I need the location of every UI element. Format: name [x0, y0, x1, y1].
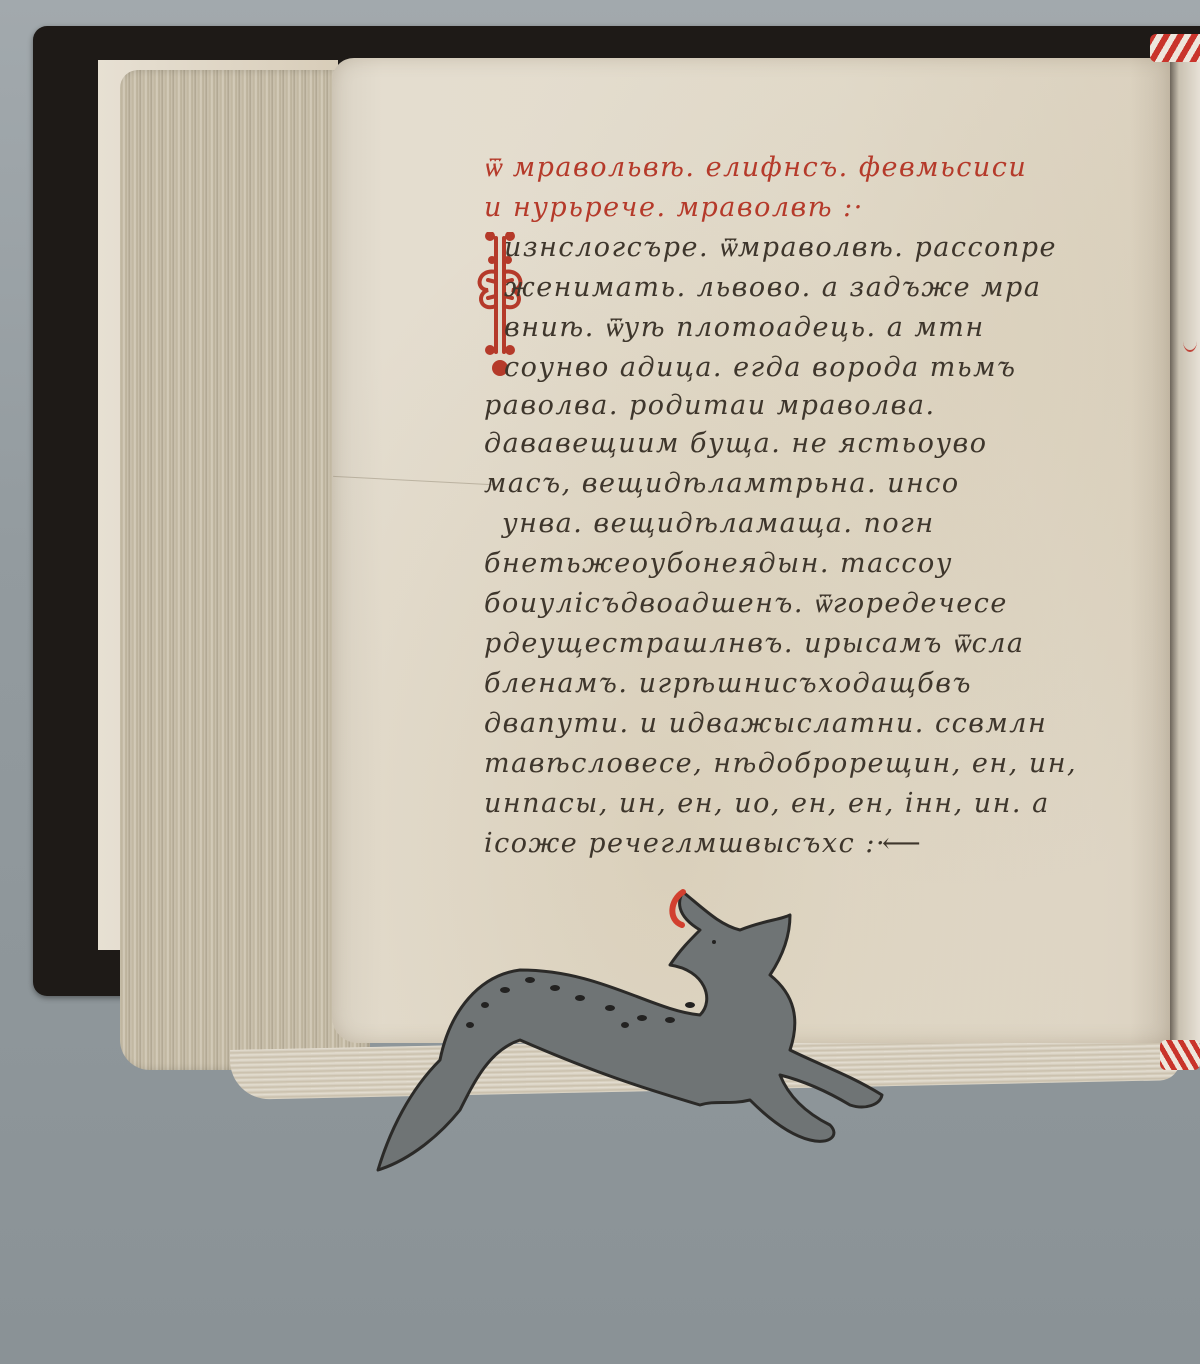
rubric-line: и нурьрече. мраволвѣ :·	[484, 192, 864, 223]
text-line: унва. вещидѣламаща. погн	[502, 508, 935, 539]
text-line: ісоже речеглмшвысъхс :·	[484, 828, 886, 859]
text-line: бленамъ. игрѣшнисъходащбвъ	[484, 668, 972, 699]
text-line: бнетьжеоубонеядын. тассоу	[484, 548, 953, 579]
text-line: двапути. и идважыслатни. ссвмлн	[484, 708, 1047, 739]
text-line: инпасы, ин, ен, ио, ен, ен, інн, ин. а	[484, 788, 1050, 819]
text-line: женимать. львово. а задъже мра	[504, 272, 1041, 303]
facing-page-red-mark	[1183, 330, 1197, 352]
end-mark: ⟵	[882, 828, 922, 859]
text-line: изнслогсъре. ѿмраволвѣ. рассопре	[504, 232, 1057, 263]
creature-illustration-icon	[370, 880, 910, 1180]
text-line: соунво адица. егда ворода тьмъ	[504, 352, 1016, 383]
text-line: дававещиим буща. не ястьоуво	[484, 428, 987, 459]
text-line: боиулісъдвоадшенъ. ѿгоредечесе	[484, 588, 1008, 619]
text-line: вниѣ. ѿуѣ плотоадець. а мтн	[504, 312, 985, 343]
text-line: раволва. родитаи мраволва.	[484, 390, 936, 421]
text-line: масъ, вещидѣламтрьна. инсо	[484, 468, 960, 499]
headband-top	[1150, 34, 1200, 62]
book-gutter	[1170, 58, 1200, 1043]
headband-bottom	[1160, 1040, 1200, 1070]
rubric-line: ѿ мравольвѣ. елифнсъ. февмьсиси	[484, 152, 1027, 183]
text-line: рдеущестрашлнвъ. ирысамъ ѿсла	[484, 628, 1025, 659]
text-line: тавѣсловесе, нѣдоброрещин, ен, ин,	[484, 748, 1077, 779]
page-tear	[331, 476, 493, 525]
